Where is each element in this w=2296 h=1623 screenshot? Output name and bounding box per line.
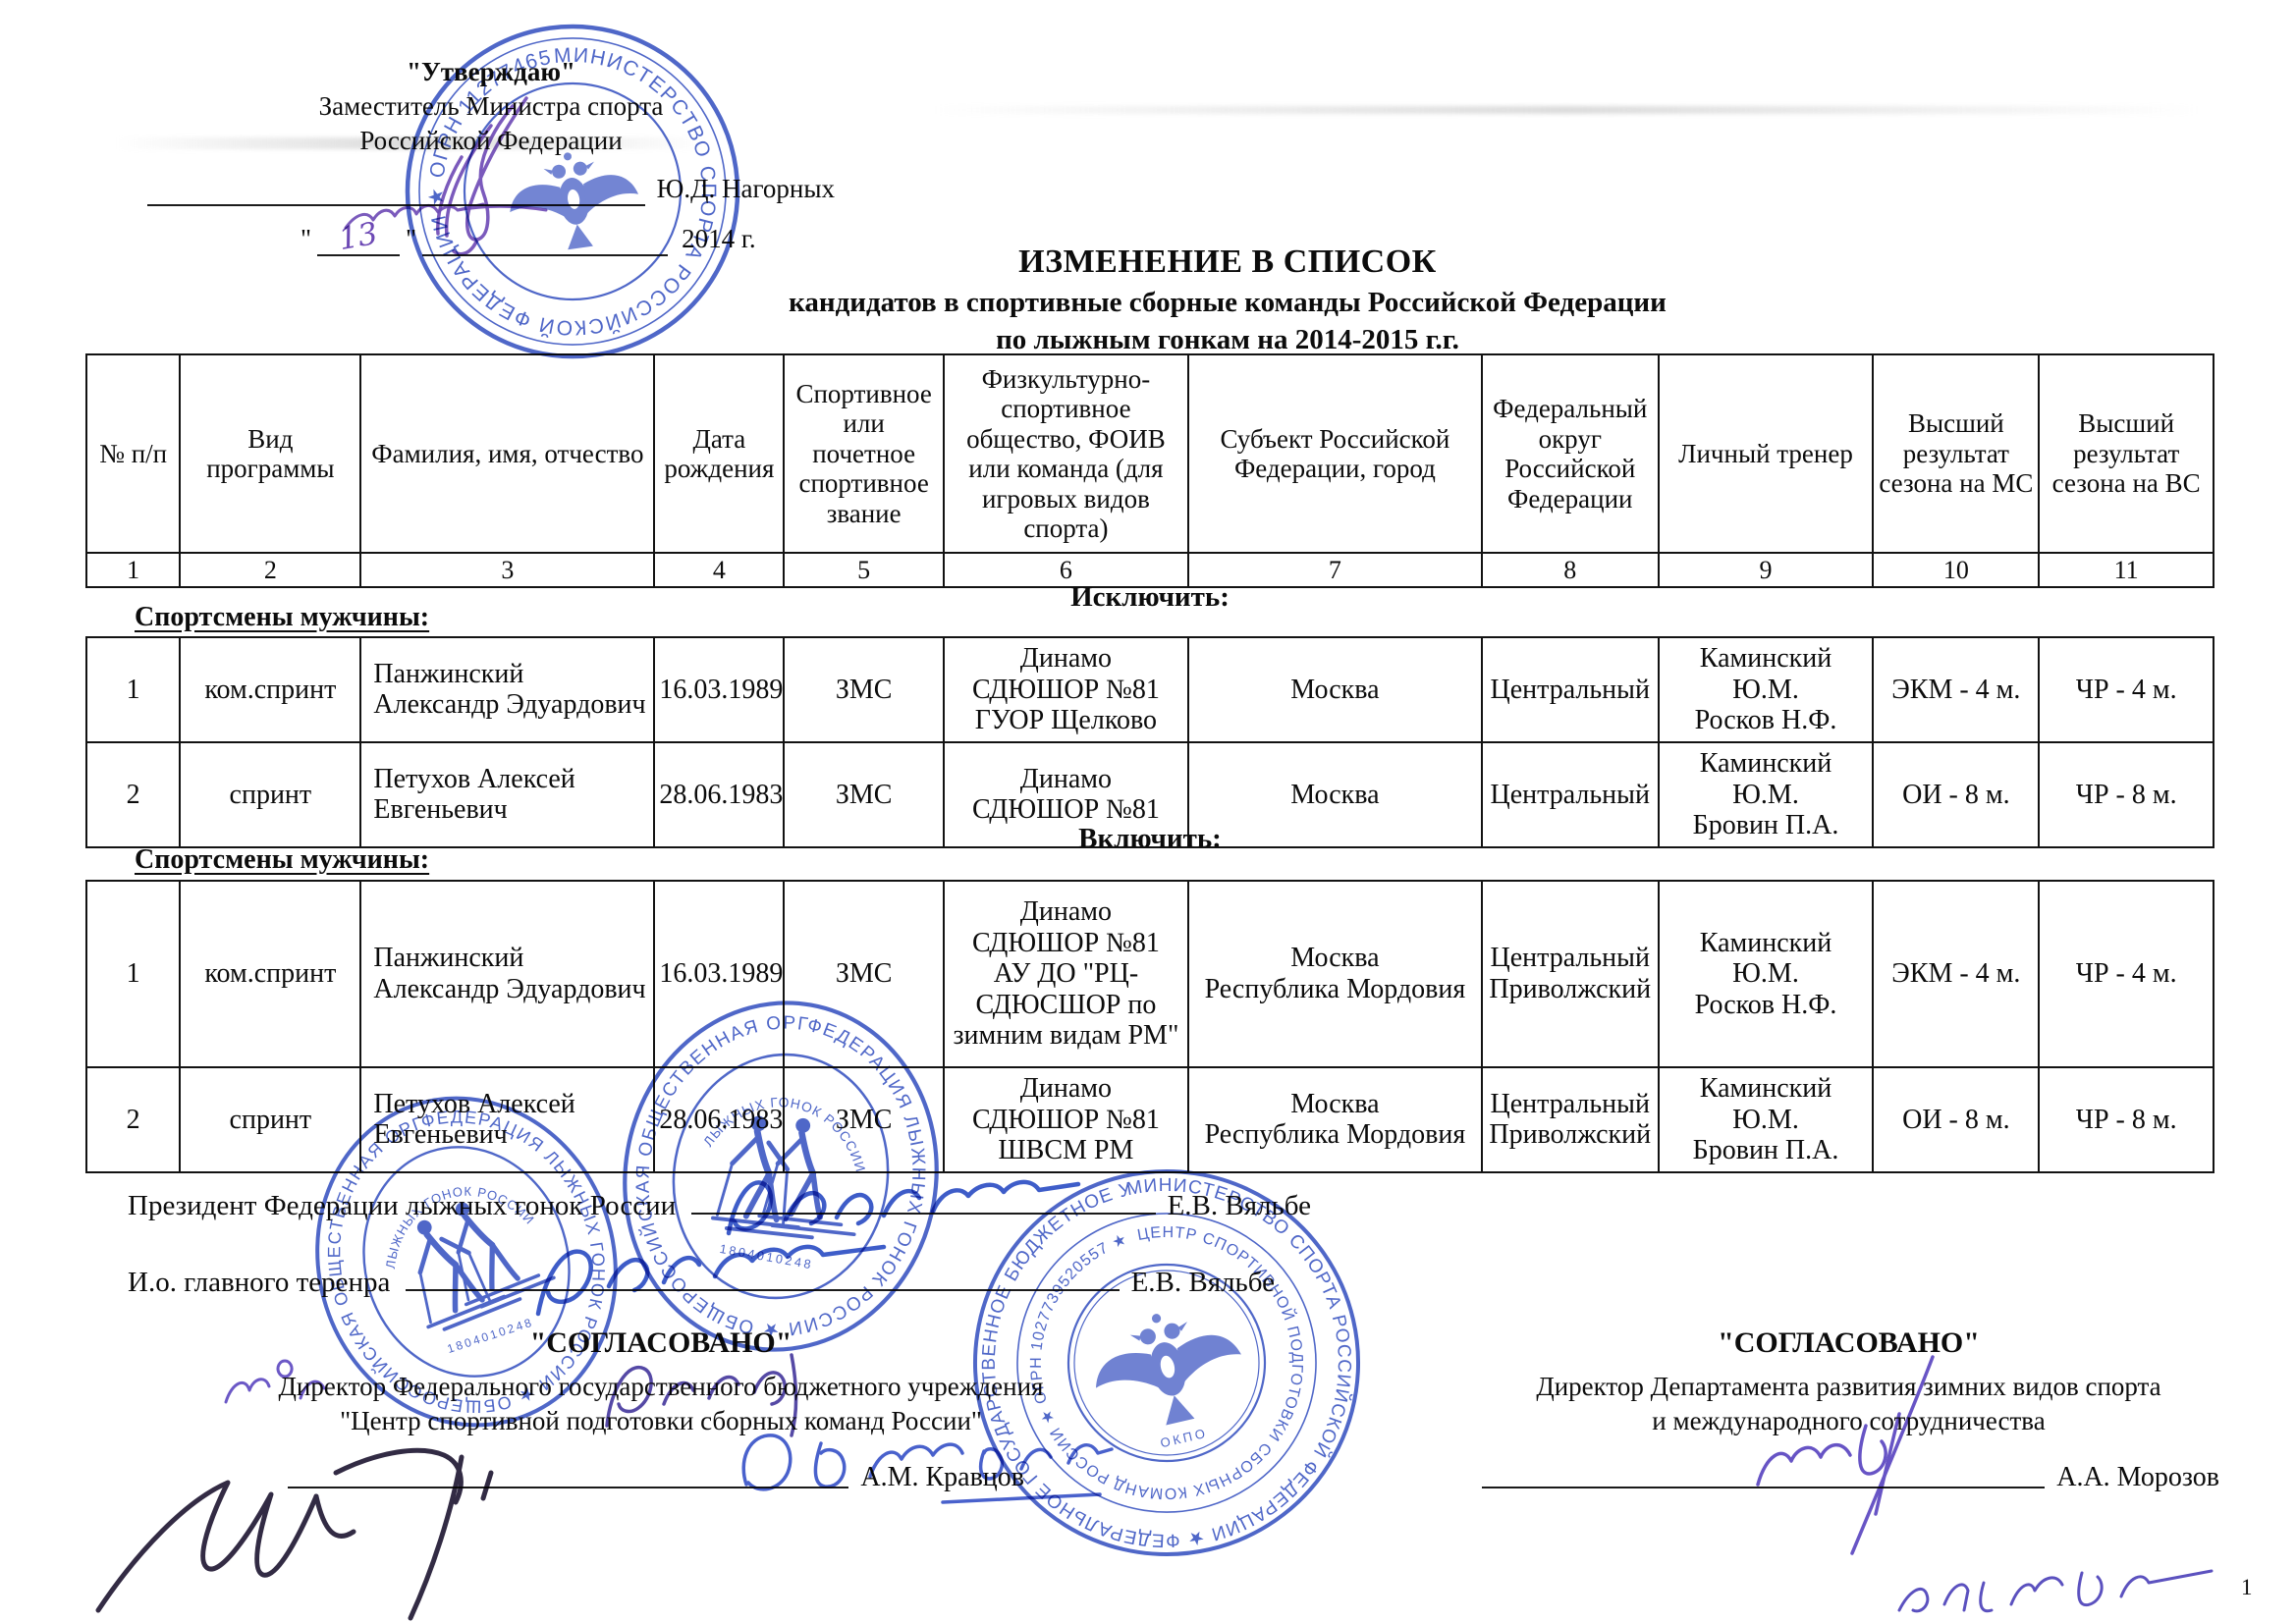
signature-kravtsov: [607, 1355, 796, 1435]
signature-blue-bottom: [743, 1435, 1112, 1502]
scanned-document-page: "Утверждаю" Заместитель Министра спорта …: [0, 0, 2296, 1623]
signature-initials: [226, 1361, 324, 1402]
signature-bottom-left: [98, 1450, 491, 1618]
signature-nagornykh: [438, 98, 526, 254]
handwritten-ink-overlay: [0, 0, 2296, 1623]
signature-bottom-right: [1899, 1571, 2212, 1611]
signature-vyalbe-1: [729, 1182, 1078, 1233]
signature-vyalbe-2: [538, 1247, 884, 1314]
signature-morozov: [1758, 1357, 1933, 1553]
